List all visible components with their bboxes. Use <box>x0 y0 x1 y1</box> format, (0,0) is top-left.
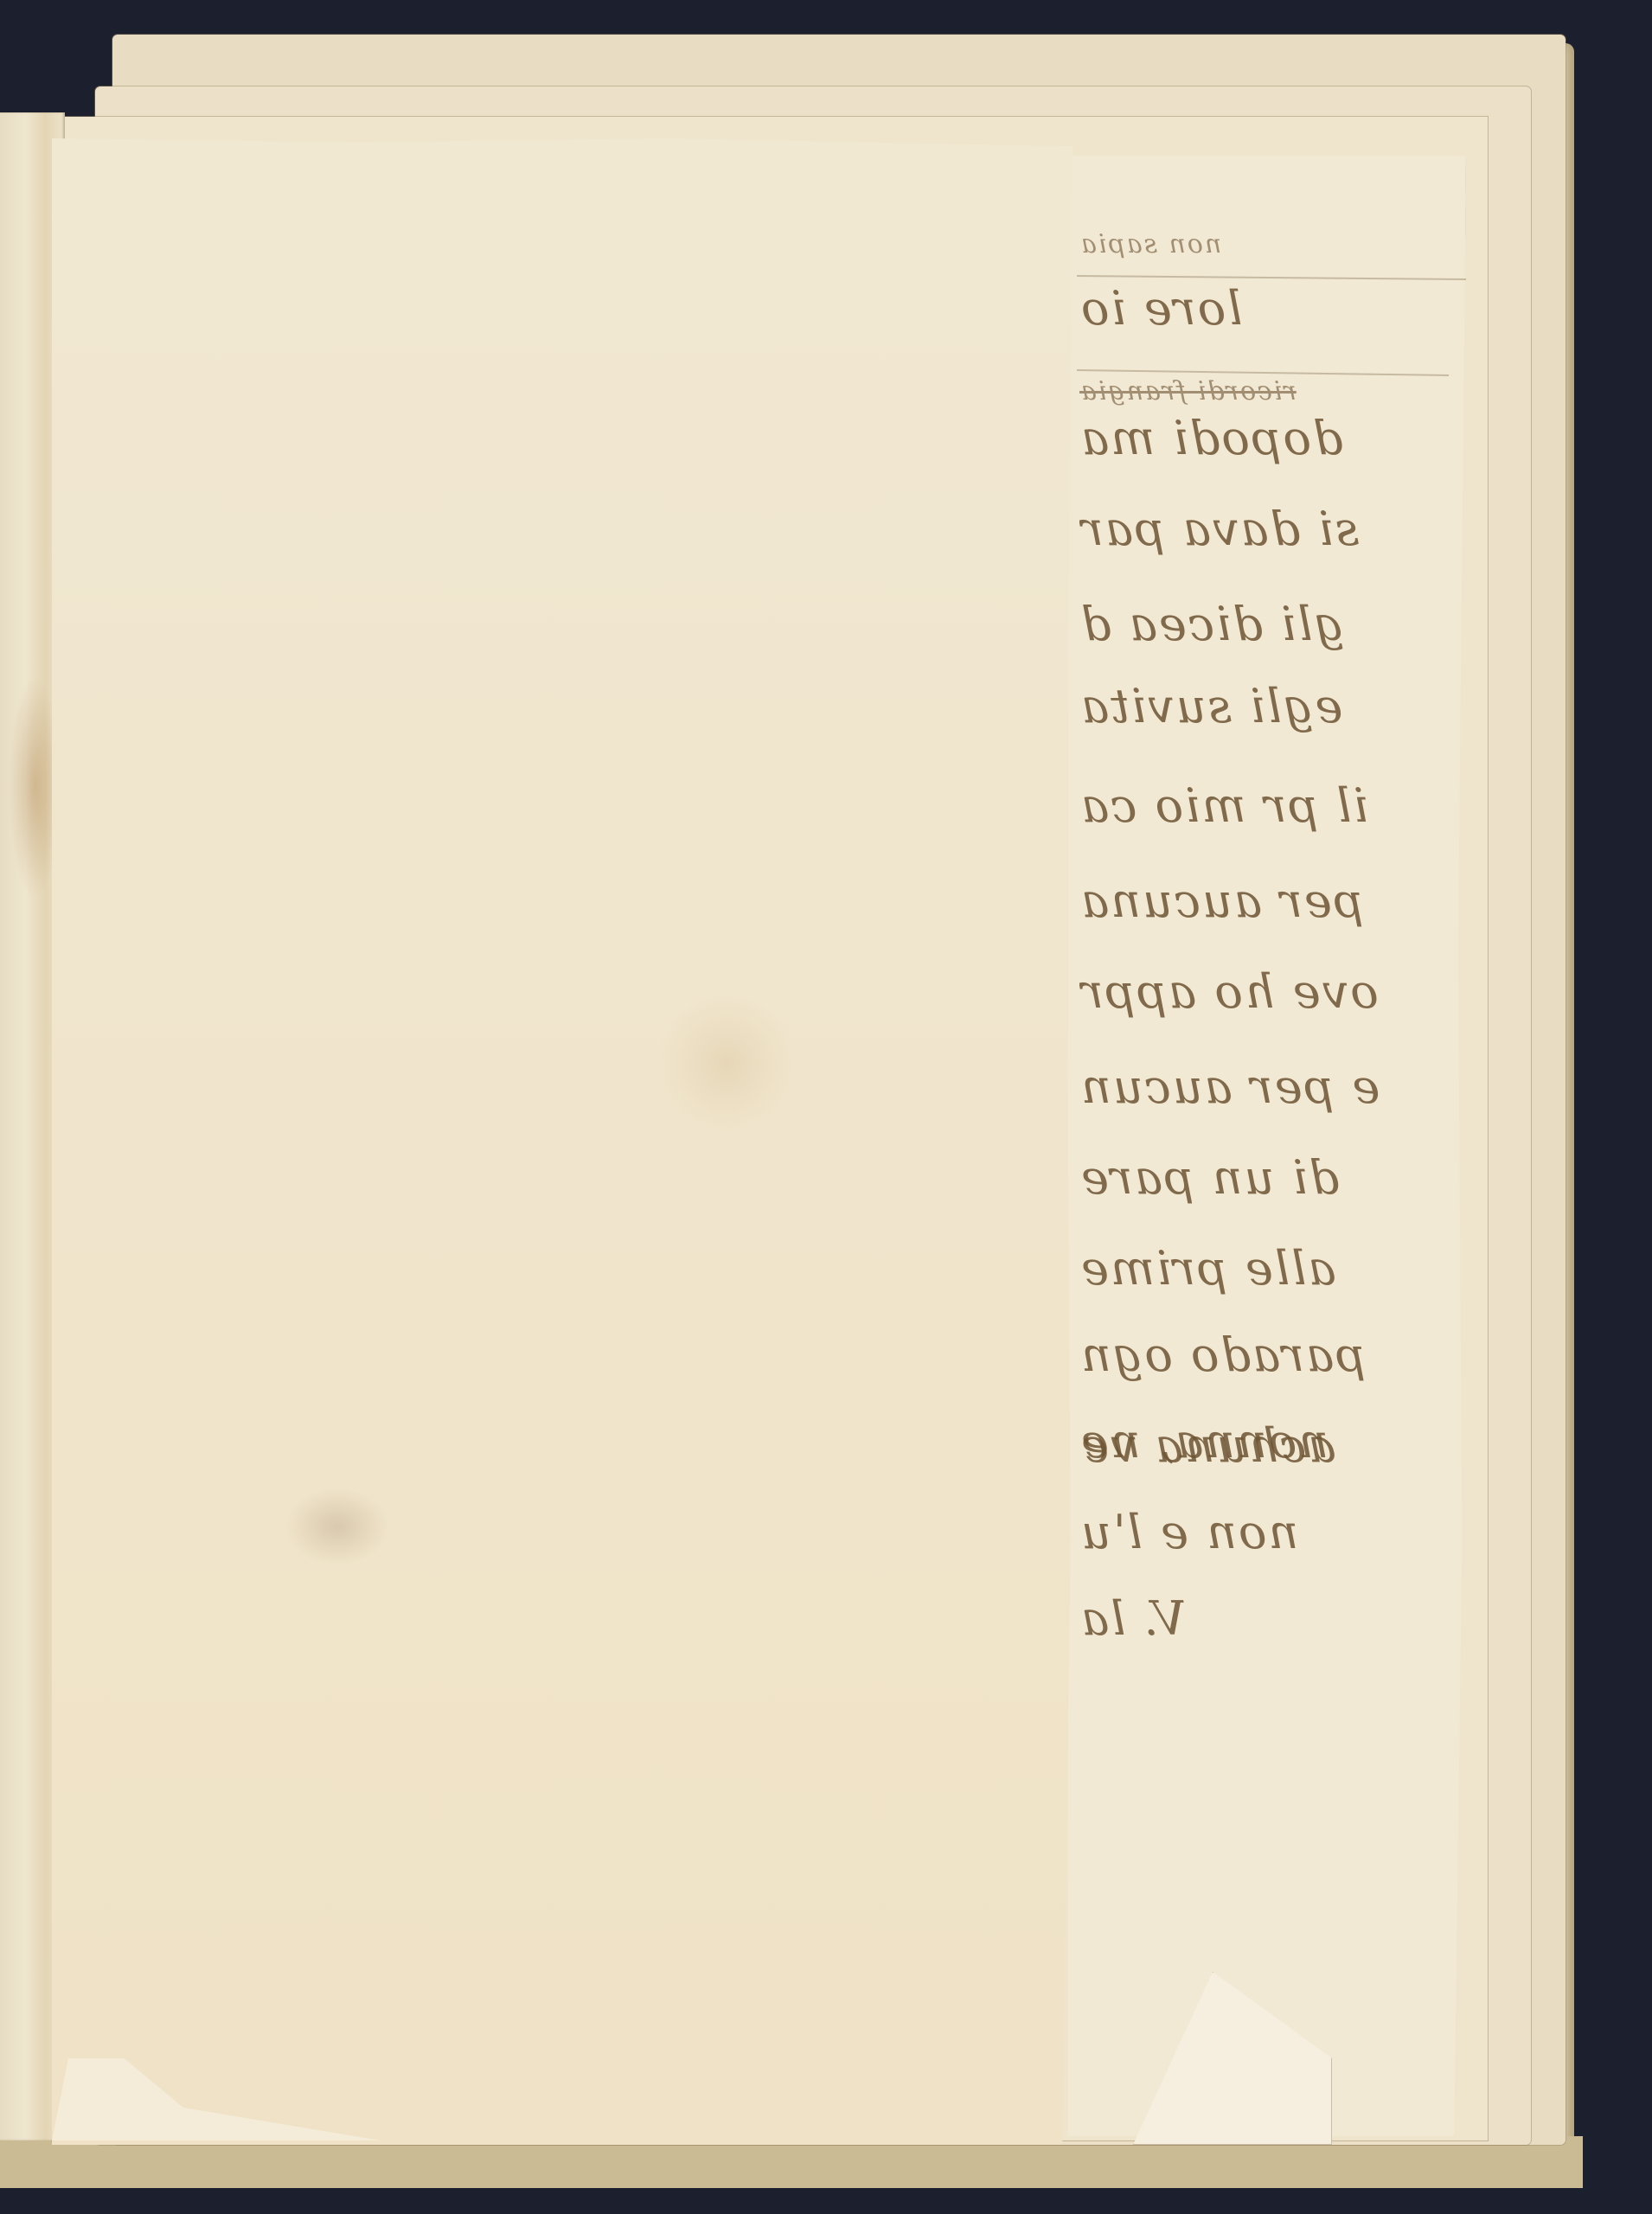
handwriting-line: si dava par <box>1079 502 1460 556</box>
handwriting-line: ricordi frangia <box>1079 376 1460 406</box>
water-stain <box>657 995 796 1133</box>
handwriting-line: gli dicea d <box>1079 597 1460 651</box>
handwriting-line: V. la <box>1079 1591 1460 1646</box>
handwriting-line: per aucuna <box>1079 873 1460 928</box>
handwriting-line: achuna ve <box>1079 1418 1460 1473</box>
handwriting-line: dopodi ma <box>1079 411 1460 465</box>
handwriting-line: il pr mio ca <box>1079 778 1460 833</box>
mirror-handwriting-block-lower: achuna ve non e l'u V. la <box>1079 1418 1460 1764</box>
handwriting-line: di un pare <box>1079 1150 1460 1205</box>
handwriting-line: parado ogn <box>1079 1328 1460 1382</box>
handwriting-line: egli suvita <box>1079 679 1460 733</box>
handwriting-line: lore io <box>1079 281 1460 336</box>
handwriting-line: non sapia <box>1079 229 1460 259</box>
handwriting-line: ove ho appr <box>1079 964 1460 1019</box>
handwriting-line: alle prime <box>1079 1241 1460 1296</box>
front-blank-page <box>52 138 1073 2145</box>
handwriting-line: non e l'u <box>1079 1505 1460 1559</box>
handwriting-line: e per aucun <box>1079 1059 1460 1114</box>
mirror-handwriting-block: non sapia lore io ricordi frangia dopodi… <box>1079 229 1460 1440</box>
foxing-spot <box>285 1488 389 1565</box>
